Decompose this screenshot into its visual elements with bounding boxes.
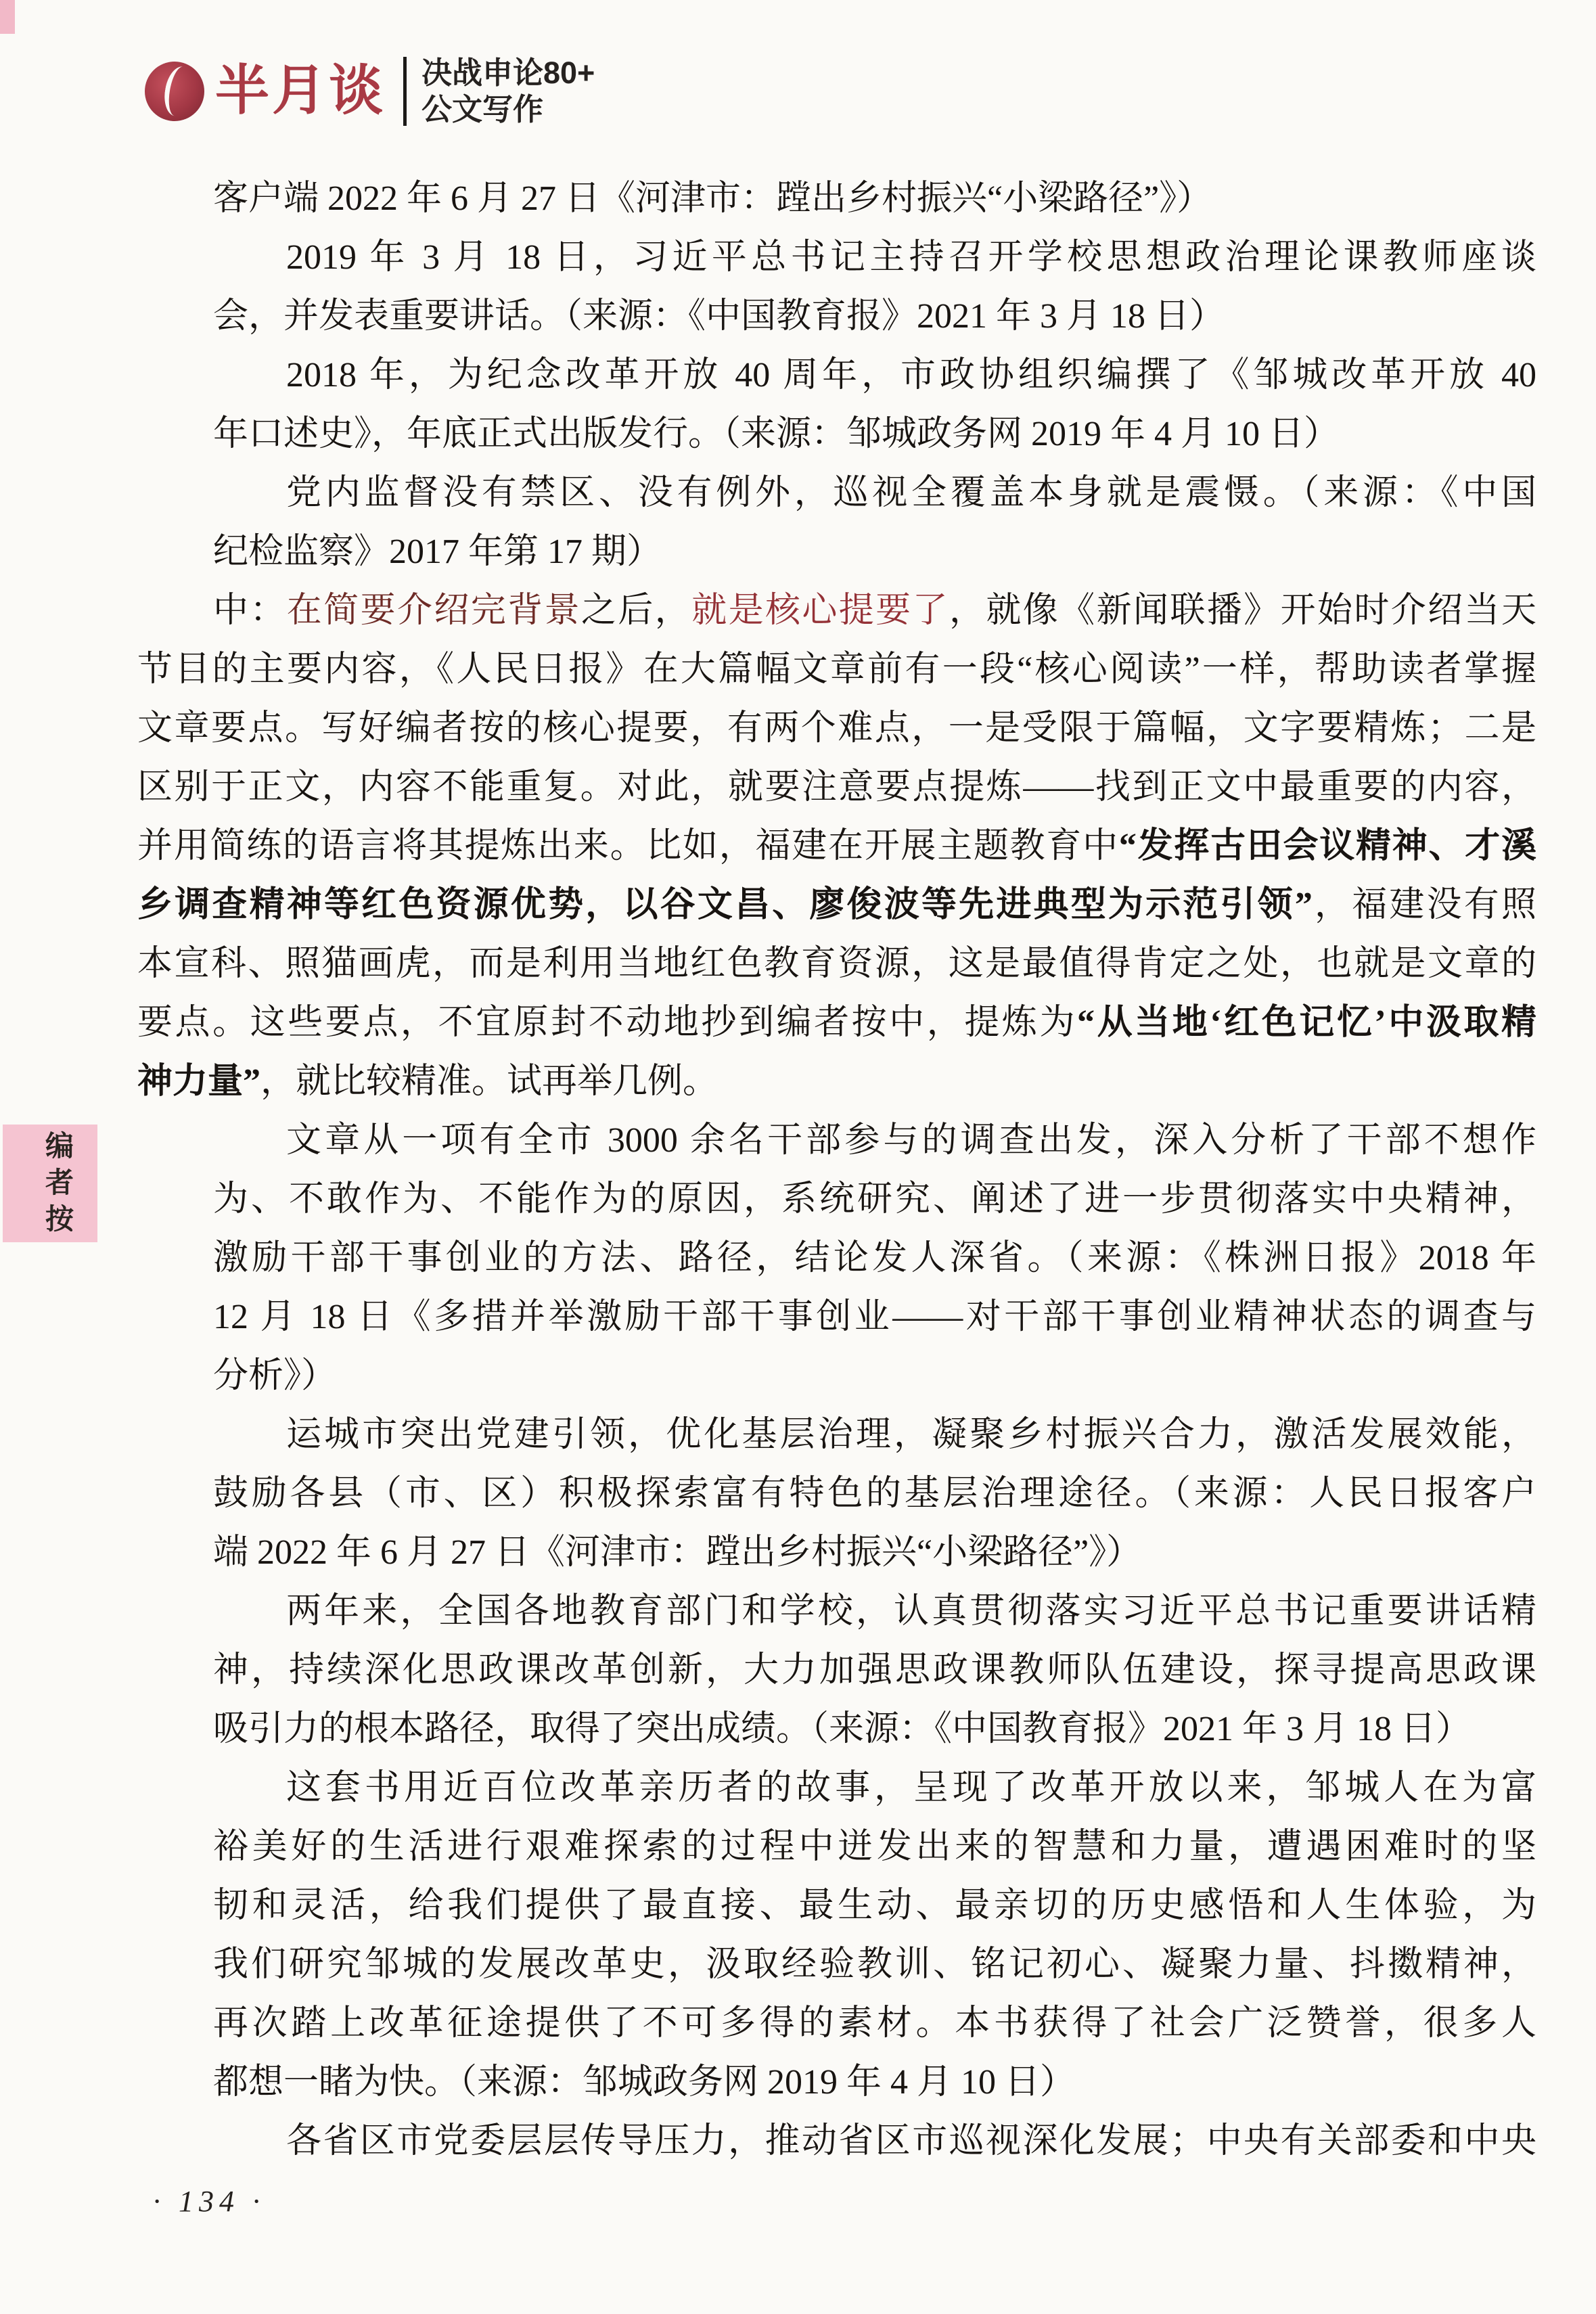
text-segment: 神力量” xyxy=(137,1062,260,1101)
text-segment: 乡调查精神等红色资源优势，以谷文昌、廖俊波等先进典型为示范引领” xyxy=(137,886,1313,924)
text-line: 节目的主要内容，《人民日报》在大篇幅文章前有一段“核心阅读”一样，帮助读者掌握 xyxy=(137,640,1536,699)
text-segment: 吸引力的根本路径，取得了突出成绩。（来源：《中国教育报》2021 年 3 月 1… xyxy=(213,1710,1471,1748)
text-line: 裕美好的生活进行艰难探索的过程中迸发出来的智慧和力量，遭遇困难时的坚 xyxy=(137,1817,1536,1876)
text-line: 神力量”，就比较精准。试再举几例。 xyxy=(137,1052,1536,1111)
tab-char: 者 xyxy=(45,1167,74,1200)
text-segment: 节目的主要内容，《人民日报》在大篇幅文章前有一段“核心阅读”一样，帮助读者掌握 xyxy=(137,650,1536,689)
scan-corner-mark xyxy=(0,0,15,34)
text-line: 韧和灵活，给我们提供了最直接、最生动、最亲切的历史感悟和人生体验，为 xyxy=(137,1876,1536,1935)
text-line: 区别于正文，内容不能重复。对此，就要注意要点提炼——找到正文中最重要的内容， xyxy=(137,758,1536,817)
body-text: 客户端 2022 年 6 月 27 日《河津市：蹚出乡村振兴“小梁路径”》）20… xyxy=(137,169,1536,2171)
text-line: 本宣科、照猫画虎，而是利用当地红色教育资源，这是最值得肯定之处，也就是文章的 xyxy=(137,934,1536,993)
brand-title: 半月谈 xyxy=(215,62,386,121)
text-segment: 就是核心提要了 xyxy=(691,591,949,630)
text-segment: 运城市突出党建引领，优化基层治理，凝聚乡村振兴合力，激活发展效能， xyxy=(286,1415,1536,1454)
text-line: 再次踏上改革征途提供了不可多得的素材。本书获得了社会广泛赞誉，很多人 xyxy=(137,1994,1536,2053)
header-divider xyxy=(403,57,407,126)
text-line: 端 2022 年 6 月 27 日《河津市：蹚出乡村振兴“小梁路径”》） xyxy=(137,1523,1536,1582)
text-line: 鼓励各县（市、区）积极探索富有特色的基层治理途径。（来源：人民日报客户 xyxy=(137,1464,1536,1523)
text-line: 吸引力的根本路径，取得了突出成绩。（来源：《中国教育报》2021 年 3 月 1… xyxy=(137,1700,1536,1759)
text-segment: 各省区市党委层层传导压力，推动省区市巡视深化发展；中央有关部委和中央 xyxy=(286,2122,1536,2160)
text-segment: 再次踏上改革征途提供了不可多得的素材。本书获得了社会广泛赞誉，很多人 xyxy=(213,2004,1536,2043)
text-segment: 并用简练的语言将其提炼出来。比如，福建在开展主题教育中 xyxy=(137,827,1119,865)
header-taglines: 决战申论80+ 公文写作 xyxy=(421,55,595,128)
text-segment: 韧和灵活，给我们提供了最直接、最生动、最亲切的历史感悟和人生体验，为 xyxy=(213,1886,1536,1925)
text-segment: 年口述史》，年底正式出版发行。（来源：邹城政务网 2019 年 4 月 10 日… xyxy=(213,415,1339,453)
text-segment: ，就像《新闻联播》开始时介绍当天 xyxy=(949,591,1536,630)
text-segment: 都想一睹为快。（来源：邹城政务网 2019 年 4 月 10 日） xyxy=(213,2063,1075,2102)
text-segment: 裕美好的生活进行艰难探索的过程中迸发出来的智慧和力量，遭遇困难时的坚 xyxy=(213,1828,1536,1866)
text-line: 会，并发表重要讲话。（来源：《中国教育报》2021 年 3 月 18 日） xyxy=(137,287,1536,346)
text-segment: 要点。这些要点，不宜原封不动地抄到编者按中，提炼为 xyxy=(137,1003,1077,1042)
book-page: 半月谈 决战申论80+ 公文写作 编 者 按 客户端 2022 年 6 月 27… xyxy=(0,0,1596,2314)
text-segment: 激励干部干事创业的方法、路径，结论发人深省。（来源：《株洲日报》2018 年 xyxy=(213,1239,1536,1277)
text-segment: 端 2022 年 6 月 27 日《河津市：蹚出乡村振兴“小梁路径”》） xyxy=(213,1533,1141,1572)
text-line: 都想一睹为快。（来源：邹城政务网 2019 年 4 月 10 日） xyxy=(137,2053,1536,2112)
tagline-line1: 决战申论80+ xyxy=(421,55,595,91)
page-header: 半月谈 决战申论80+ 公文写作 xyxy=(145,54,595,129)
text-line: 要点。这些要点，不宜原封不动地抄到编者按中，提炼为“从当地‘红色记忆’中汲取精 xyxy=(137,993,1536,1052)
text-line: 乡调查精神等红色资源优势，以谷文昌、廖俊波等先进典型为示范引领”，福建没有照 xyxy=(137,876,1536,934)
text-line: 分析》） xyxy=(137,1346,1536,1405)
chapter-tab-bianzhean: 编 者 按 xyxy=(3,1125,97,1242)
text-line: 客户端 2022 年 6 月 27 日《河津市：蹚出乡村振兴“小梁路径”》） xyxy=(137,169,1536,228)
text-segment: 本宣科、照猫画虎，而是利用当地红色教育资源，这是最值得肯定之处，也就是文章的 xyxy=(137,945,1536,983)
text-line: 文章从一项有全市 3000 余名干部参与的调查出发，深入分析了干部不想作 xyxy=(137,1111,1536,1170)
tab-char: 按 xyxy=(45,1204,74,1236)
text-line: 两年来，全国各地教育部门和学校，认真贯彻落实习近平总书记重要讲话精 xyxy=(137,1582,1536,1641)
text-segment: 客户端 2022 年 6 月 27 日《河津市：蹚出乡村振兴“小梁路径”》） xyxy=(213,179,1212,218)
text-segment: 我们研究邹城的发展改革史，汲取经验教训、铭记初心、凝聚力量、抖擞精神， xyxy=(213,1945,1536,1984)
text-line: 党内监督没有禁区、没有例外，巡视全覆盖本身就是震慑。（来源：《中国 xyxy=(137,463,1536,522)
text-segment: 在简要介绍完背景 xyxy=(287,591,581,630)
text-segment: 2019 年 3 月 18 日，习近平总书记主持召开学校思想政治理论课教师座谈 xyxy=(286,238,1536,277)
text-segment: “发挥古田会议精神、才溪 xyxy=(1119,827,1536,865)
text-segment: 2018 年，为纪念改革开放 40 周年，市政协组织编撰了《邹城改革开放 40 xyxy=(286,356,1536,394)
text-line: 纪检监察》2017 年第 17 期） xyxy=(137,522,1536,581)
text-segment: ，福建没有照 xyxy=(1313,886,1536,924)
text-segment: 文章从一项有全市 3000 余名干部参与的调查出发，深入分析了干部不想作 xyxy=(286,1121,1536,1160)
text-segment: 中： xyxy=(213,591,287,630)
text-line: 各省区市党委层层传导压力，推动省区市巡视深化发展；中央有关部委和中央 xyxy=(137,2112,1536,2171)
text-line: 我们研究邹城的发展改革史，汲取经验教训、铭记初心、凝聚力量、抖擞精神， xyxy=(137,1935,1536,1994)
text-line: 2018 年，为纪念改革开放 40 周年，市政协组织编撰了《邹城改革开放 40 xyxy=(137,346,1536,405)
text-line: 并用简练的语言将其提炼出来。比如，福建在开展主题教育中“发挥古田会议精神、才溪 xyxy=(137,817,1536,876)
text-segment: 纪检监察》2017 年第 17 期） xyxy=(213,532,662,571)
text-segment: 两年来，全国各地教育部门和学校，认真贯彻落实习近平总书记重要讲话精 xyxy=(286,1592,1536,1631)
text-segment: 12 月 18 日《多措并举激励干部干事创业——对干部干事创业精神状态的调查与 xyxy=(213,1298,1536,1336)
text-line: 神，持续深化思政课改革创新，大力加强思政课教师队伍建设，探寻提高思政课 xyxy=(137,1641,1536,1700)
text-segment: 这套书用近百位改革亲历者的故事，呈现了改革开放以来，邹城人在为富 xyxy=(286,1769,1536,1807)
tab-char: 编 xyxy=(45,1131,74,1163)
text-segment: 分析》） xyxy=(213,1357,336,1395)
text-line: 12 月 18 日《多措并举激励干部干事创业——对干部干事创业精神状态的调查与 xyxy=(137,1288,1536,1346)
text-segment: 党内监督没有禁区、没有例外，巡视全覆盖本身就是震慑。（来源：《中国 xyxy=(286,474,1536,512)
text-segment: 为、不敢作为、不能作为的原因，系统研究、阐述了进一步贯彻落实中央精神， xyxy=(213,1180,1536,1219)
text-line: 运城市突出党建引领，优化基层治理，凝聚乡村振兴合力，激活发展效能， xyxy=(137,1405,1536,1464)
text-line: 年口述史》，年底正式出版发行。（来源：邹城政务网 2019 年 4 月 10 日… xyxy=(137,405,1536,463)
text-line: 中：在简要介绍完背景之后，就是核心提要了，就像《新闻联播》开始时介绍当天 xyxy=(137,581,1536,640)
text-segment: 鼓励各县（市、区）积极探索富有特色的基层治理途径。（来源：人民日报客户 xyxy=(213,1474,1536,1513)
text-segment: 文章要点。写好编者按的核心提要，有两个难点，一是受限于篇幅，文字要精炼；二是 xyxy=(137,709,1536,748)
text-segment: “从当地‘红色记忆’中汲取精 xyxy=(1077,1003,1536,1042)
text-segment: 区别于正文，内容不能重复。对此，就要注意要点提炼——找到正文中最重要的内容， xyxy=(137,768,1536,807)
text-segment: 神，持续深化思政课改革创新，大力加强思政课教师队伍建设，探寻提高思政课 xyxy=(213,1651,1536,1689)
text-segment: 之后， xyxy=(581,591,691,630)
page-number: · 134 · xyxy=(153,2184,265,2219)
banyuetan-logo-icon xyxy=(145,62,204,121)
text-line: 这套书用近百位改革亲历者的故事，呈现了改革开放以来，邹城人在为富 xyxy=(137,1759,1536,1817)
text-segment: ，就比较精准。试再举几例。 xyxy=(260,1062,718,1101)
text-segment: 会，并发表重要讲话。（来源：《中国教育报》2021 年 3 月 18 日） xyxy=(213,297,1225,336)
text-line: 为、不敢作为、不能作为的原因，系统研究、阐述了进一步贯彻落实中央精神， xyxy=(137,1170,1536,1229)
tagline-line2: 公文写作 xyxy=(421,91,595,128)
text-line: 2019 年 3 月 18 日，习近平总书记主持召开学校思想政治理论课教师座谈 xyxy=(137,228,1536,287)
text-line: 激励干部干事创业的方法、路径，结论发人深省。（来源：《株洲日报》2018 年 xyxy=(137,1229,1536,1288)
text-line: 文章要点。写好编者按的核心提要，有两个难点，一是受限于篇幅，文字要精炼；二是 xyxy=(137,699,1536,758)
